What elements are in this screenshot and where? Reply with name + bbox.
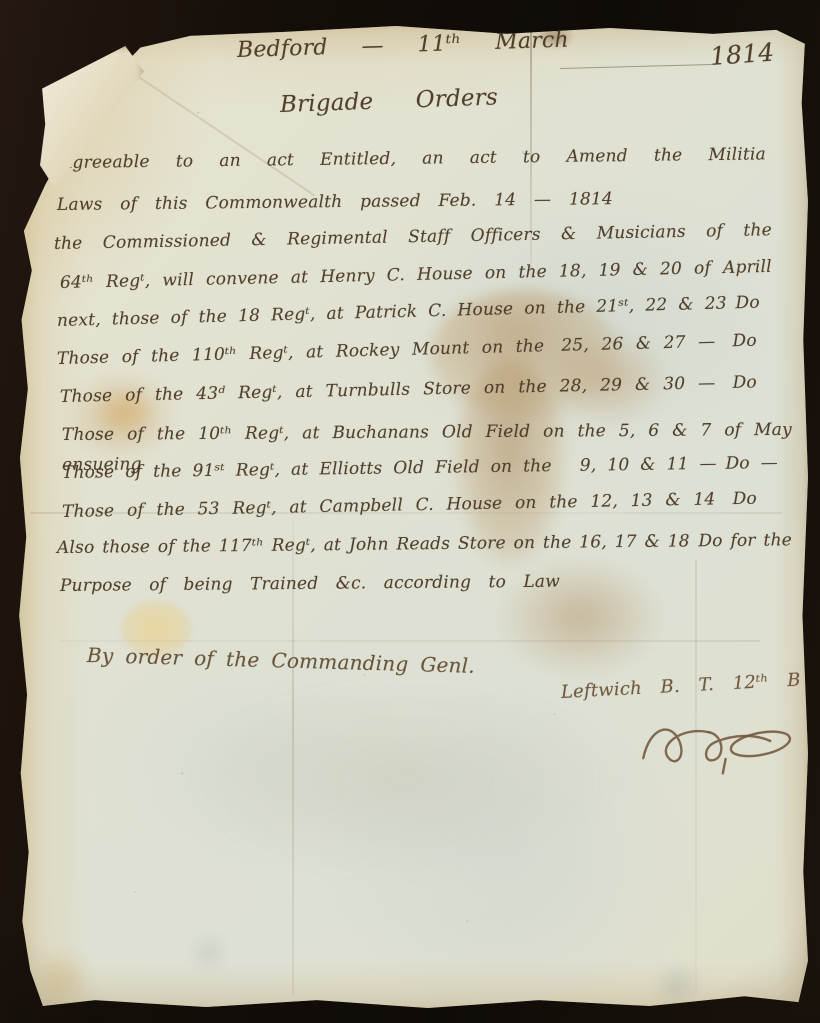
body-line: Purpose of being Trained &c. according t… bbox=[60, 567, 560, 601]
body-line: Laws of this Commonwealth passed Feb. 14… bbox=[57, 184, 613, 220]
scan-mat: Bedford — 11ᵗʰ March 1814 Brigade Orders… bbox=[0, 0, 820, 1023]
manuscript-paper: Bedford — 11ᵗʰ March 1814 Brigade Orders… bbox=[16, 24, 808, 1010]
year: 1814 bbox=[709, 38, 775, 71]
signature-flourish-icon bbox=[625, 699, 800, 784]
